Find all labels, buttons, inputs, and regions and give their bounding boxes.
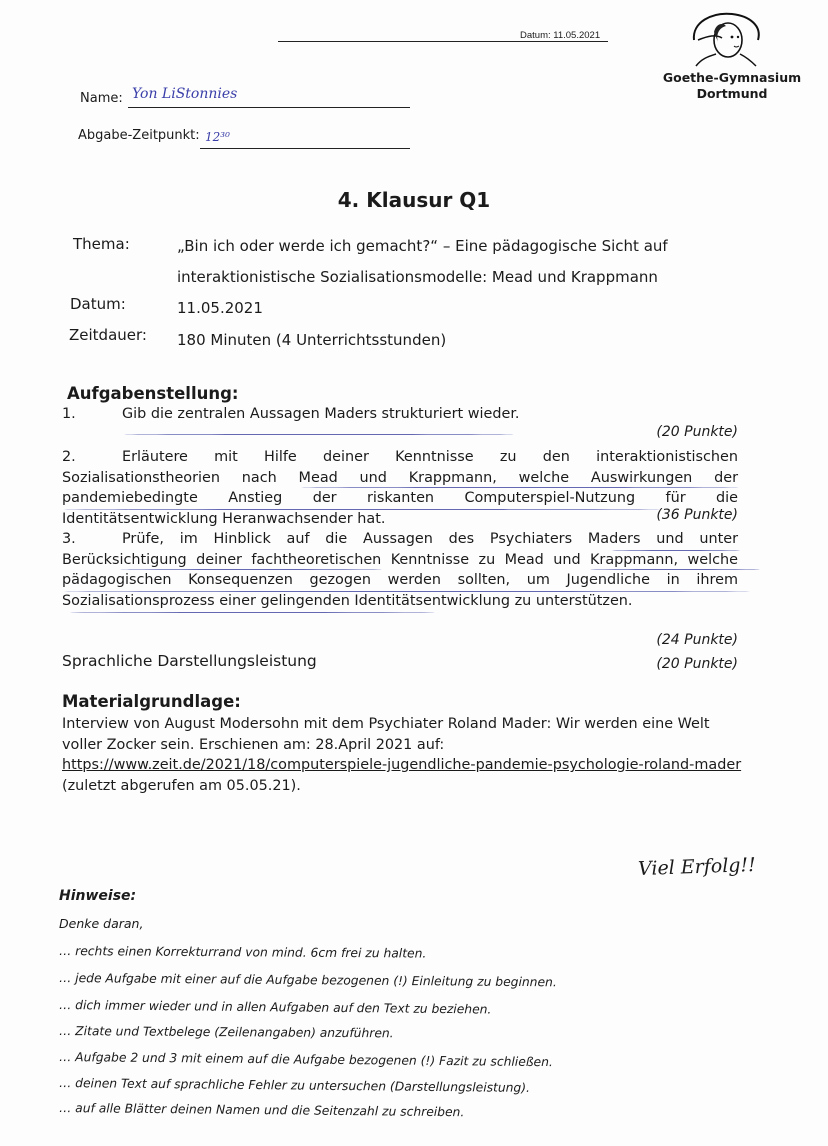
task-3: 3.Prüfe, im Hinblick auf die Aussagen de…	[62, 529, 738, 611]
task-text: Gib die zentralen Aussagen Maders strukt…	[122, 406, 520, 422]
thema-line2: interaktionistische Sozialisationsmodell…	[177, 268, 658, 286]
hinweis-item: … dich immer wieder und in allen Aufgabe…	[59, 998, 492, 1017]
abgabe-label: Abgabe-Zeitpunkt:	[78, 128, 200, 143]
material-suffix: (zuletzt abgerufen am 05.05.21).	[62, 778, 301, 794]
hinweis-item: … jede Aufgabe mit einer auf die Aufgabe…	[59, 971, 557, 989]
sprachliche-darstellung-points: (20 Punkte)	[656, 656, 738, 672]
zeitdauer-value: 180 Minuten (4 Unterrichtsstunden)	[177, 331, 446, 349]
task-1: 1.Gib die zentralen Aussagen Maders stru…	[62, 404, 738, 425]
abgabe-field-value[interactable]: 12³⁰	[205, 130, 230, 144]
hinweise-heading: Hinweise:	[59, 888, 136, 904]
pen-underline	[70, 612, 435, 613]
school-name: Goethe-Gymnasium Dortmund	[652, 70, 812, 102]
material-body: Interview von August Modersohn mit dem P…	[62, 714, 742, 796]
hinweis-item: … rechts einen Korrekturrand von mind. 6…	[59, 944, 426, 961]
school-name-line1: Goethe-Gymnasium	[652, 70, 812, 86]
abgabe-field-line	[200, 148, 410, 149]
datum-stamp: Datum: 11.05.2021	[520, 30, 600, 41]
datum-value: 11.05.2021	[177, 299, 263, 317]
name-field-value[interactable]: Yon LiStonnies	[132, 86, 237, 102]
task-1-points: (20 Punkte)	[656, 424, 738, 440]
pen-underline	[612, 550, 740, 551]
task-2-points: (36 Punkte)	[656, 507, 738, 523]
goethe-portrait-icon	[688, 10, 764, 68]
page-title: 4. Klausur Q1	[0, 188, 828, 212]
zeitdauer-label: Zeitdauer:	[69, 326, 147, 344]
pen-underline	[62, 509, 662, 510]
pen-underline	[300, 487, 740, 488]
thema-line1: „Bin ich oder werde ich gemacht?“ – Eine…	[177, 237, 668, 255]
sprachliche-darstellung-label: Sprachliche Darstellungsleistung	[62, 652, 317, 670]
task-number: 2.	[62, 447, 122, 468]
school-name-line2: Dortmund	[652, 86, 812, 102]
task-number: 3.	[62, 529, 122, 550]
material-text: Interview von August Modersohn mit dem P…	[62, 716, 710, 753]
pen-underline	[62, 591, 752, 592]
hinweis-item: … Zitate und Textbelege (Zeilenangaben) …	[59, 1024, 394, 1040]
material-heading: Materialgrundlage:	[62, 692, 241, 711]
datum-label: Datum:	[70, 295, 126, 313]
datum-line	[278, 41, 608, 42]
pen-underline	[123, 434, 515, 435]
aufgaben-heading: Aufgabenstellung:	[67, 384, 239, 403]
name-label: Name:	[80, 91, 123, 106]
hinweis-item: … deinen Text auf sprachliche Fehler zu …	[59, 1076, 530, 1095]
name-field-line	[128, 107, 410, 108]
hinweis-item: … auf alle Blätter deinen Namen und die …	[59, 1101, 464, 1119]
thema-label: Thema:	[73, 235, 130, 253]
task-2: 2.Erläutere mit Hilfe deiner Kenntnisse …	[62, 447, 738, 529]
material-link[interactable]: https://www.zeit.de/2021/18/computerspie…	[62, 757, 741, 773]
pen-underline	[120, 569, 382, 570]
hinweise-intro: Denke daran,	[59, 916, 143, 931]
pen-underline	[590, 569, 760, 570]
task-number: 1.	[62, 404, 122, 425]
task-3-points: (24 Punkte)	[656, 632, 738, 648]
closing-wish: Viel Erfolg!!	[638, 854, 756, 880]
hinweis-item: … Aufgabe 2 und 3 mit einem auf die Aufg…	[59, 1050, 553, 1069]
